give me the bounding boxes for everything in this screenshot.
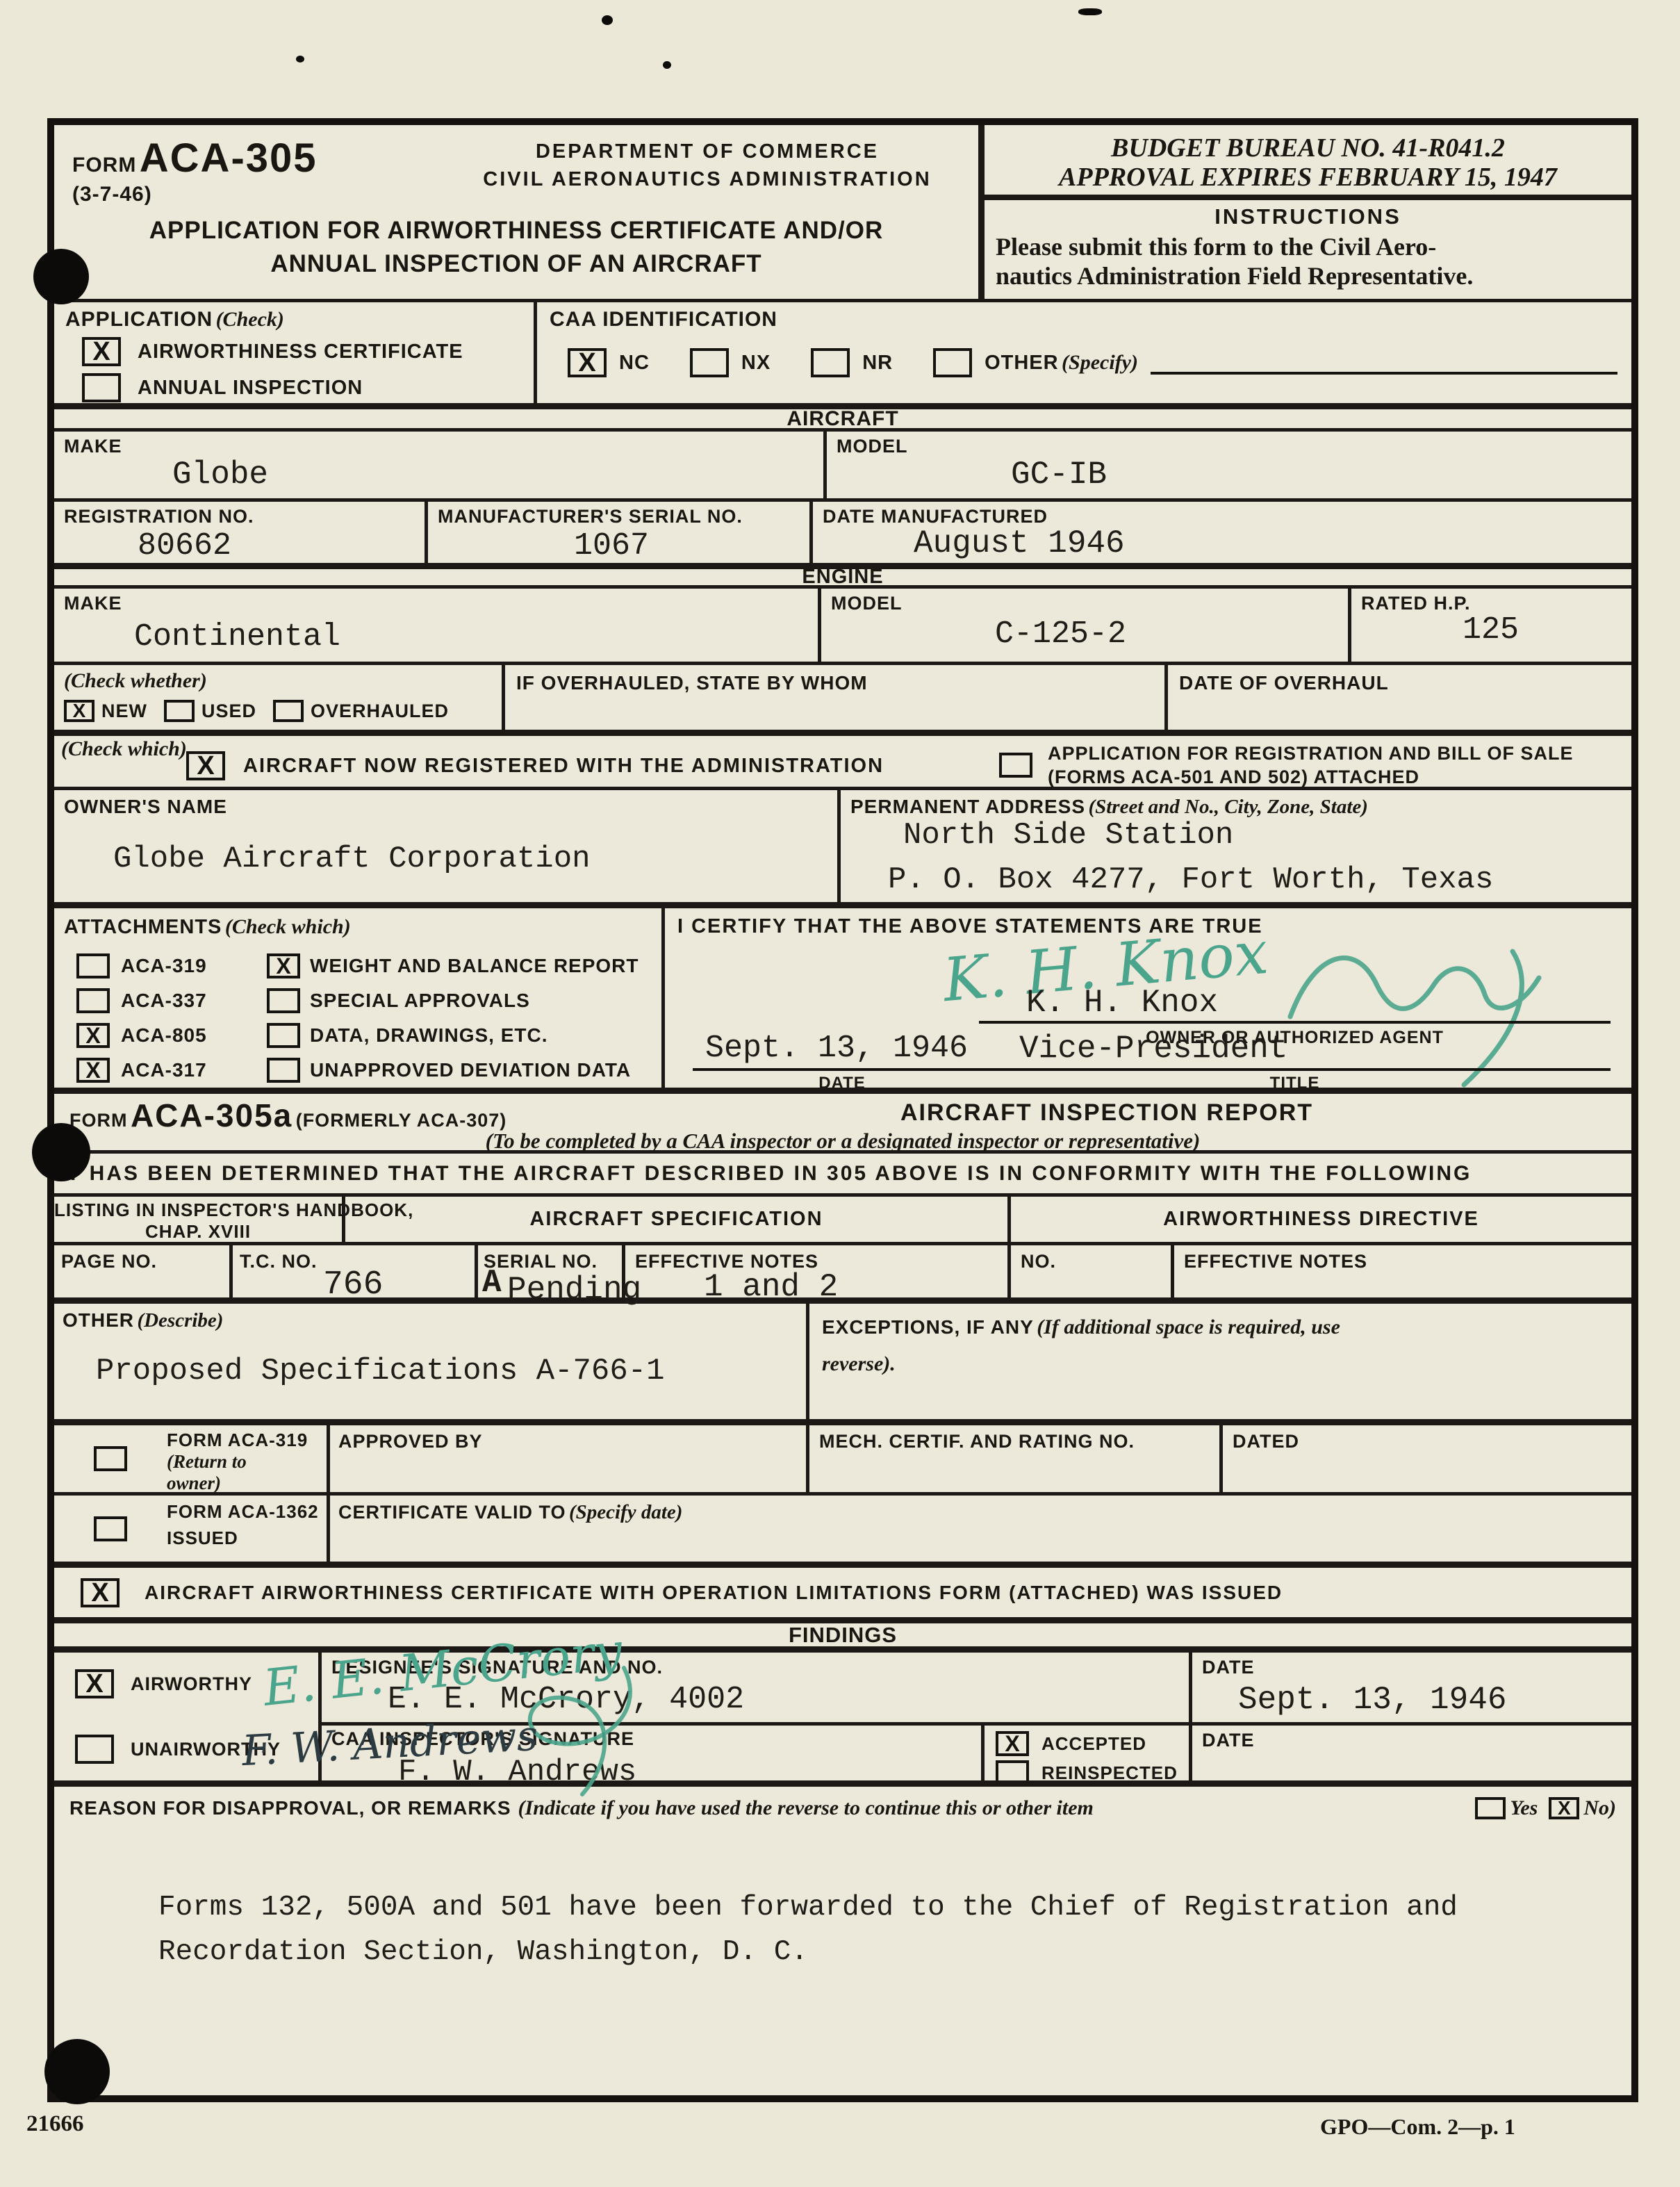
aircraft-model-cell: MODEL GC-IB <box>823 432 1631 498</box>
valid-to-cell: CERTIFICATE VALID TO (Specify date) <box>327 1496 1631 1562</box>
aca-805-checkbox[interactable]: X <box>76 1023 110 1048</box>
aircraft-make-model-row: MAKE Globe MODEL GC-IB <box>54 428 1631 498</box>
attachments-row-1: ACA-319 X WEIGHT AND BALANCE REPORT <box>76 949 654 983</box>
aca319-row: FORM ACA-319 (Return to owner) APPROVED … <box>54 1419 1631 1492</box>
inspector-signature-cell: CAA INSPECTOR'S SIGNATURE F. W. Andrews <box>318 1726 981 1780</box>
instructions-text: Please submit this form to the Civil Aer… <box>985 232 1631 290</box>
owner-row: OWNER'S NAME Globe Aircraft Corporation … <box>54 787 1631 902</box>
scanned-document-page: { "colors": { "paper": "#ece8d8", "print… <box>0 0 1680 2187</box>
owner-address-line2: P. O. Box 4277, Fort Worth, Texas <box>888 862 1493 897</box>
owner-name-value: Globe Aircraft Corporation <box>113 842 591 876</box>
findings-verdict-cell: X AIRWORTHY UNAIRWORTHY <box>54 1653 318 1780</box>
engine-model-cell: MODEL C-125-2 <box>818 589 1348 662</box>
registration-status-cell: (Check which) X AIRCRAFT NOW REGISTERED … <box>54 736 1631 787</box>
owner-address-label-line: PERMANENT ADDRESS (Street and No., City,… <box>850 796 1368 819</box>
airworthy-label: AIRWORTHY <box>131 1673 252 1695</box>
footer-gpo: GPO—Com. 2—p. 1 <box>1320 2114 1515 2140</box>
hole-punch-middle <box>32 1123 90 1181</box>
certificate-issued-row: X AIRCRAFT AIRWORTHINESS CERTIFICATE WIT… <box>54 1562 1631 1617</box>
application-label: APPLICATION <box>65 308 213 331</box>
inspection-title-row: FORM ACA-305a (FORMERLY ACA-307) AIRCRAF… <box>54 1088 1631 1150</box>
aircraft-make-label: MAKE <box>64 436 122 457</box>
hole-punch-bottom <box>44 2039 110 2104</box>
aca319-checkbox-cell <box>54 1425 167 1492</box>
directive-no-cell: NO. <box>1007 1245 1171 1297</box>
aircraft-make-cell: MAKE Globe <box>54 432 823 498</box>
tc-no-label: T.C. NO. <box>240 1251 318 1272</box>
owner-address-label: PERMANENT ADDRESS <box>850 796 1085 817</box>
designee-date-value: Sept. 13, 1946 <box>1238 1682 1506 1718</box>
engine-new-label: NEW <box>101 701 147 722</box>
nc-checkbox[interactable]: X <box>568 348 607 377</box>
other-cell: OTHER (Describe) Proposed Specifications… <box>54 1304 806 1419</box>
check-whether-note: (Check whether) <box>64 669 207 693</box>
designee-date-cell: DATE Sept. 13, 1946 <box>1189 1653 1631 1722</box>
bill-of-sale-line1: APPLICATION FOR REGISTRATION AND BILL OF… <box>1048 742 1574 765</box>
engine-used-checkbox[interactable] <box>164 700 195 722</box>
other-value: Proposed Specifications A-766-1 <box>96 1354 665 1389</box>
date-manufactured-cell: DATE MANUFACTURED August 1946 <box>809 502 1631 563</box>
engine-section-bar: ENGINE <box>54 563 1631 585</box>
spec-serial-value: A <box>482 1265 502 1301</box>
inspection-title-cell: FORM ACA-305a (FORMERLY ACA-307) AIRCRAF… <box>54 1094 1631 1150</box>
form-number: ACA-305 <box>140 136 318 181</box>
application-row: APPLICATION (Check) X AIRWORTHINESS CERT… <box>54 299 1631 403</box>
engine-model-value: C-125-2 <box>995 616 1126 652</box>
remarks-body-line1: Forms 132, 500A and 501 have been forwar… <box>158 1885 1631 1930</box>
overhauled-by-label: IF OVERHAULED, STATE BY WHOM <box>516 672 868 694</box>
designee-signature-typed: E. E. McCrory, 4002 <box>388 1682 744 1717</box>
hole-punch-top <box>33 249 89 304</box>
form-title-block: APPLICATION FOR AIRWORTHINESS CERTIFICAT… <box>54 214 978 281</box>
scan-speck-4 <box>1078 8 1102 15</box>
certify-title-value: Vice-President <box>1019 1031 1287 1067</box>
certify-date-line[interactable] <box>693 1068 991 1071</box>
remarks-no-checkbox[interactable]: X <box>1549 1797 1579 1819</box>
listing-values-row: PAGE NO. T.C. NO. 766 SERIAL NO. A EFFEC… <box>54 1242 1631 1297</box>
inspector-date-cell: DATE <box>1189 1726 1631 1780</box>
date-manufactured-value: August 1946 <box>914 525 1125 562</box>
approved-by-label: APPROVED BY <box>338 1431 483 1452</box>
other-label-note: (Describe) <box>137 1309 223 1332</box>
form-title-line1: APPLICATION FOR AIRWORTHINESS CERTIFICAT… <box>54 214 978 247</box>
owner-signature-line[interactable] <box>979 1021 1611 1024</box>
accepted-label: ACCEPTED <box>1041 1733 1146 1755</box>
department-block: DEPARTMENT OF COMMERCE CIVIL AERONAUTICS… <box>443 138 971 193</box>
designee-signature-cell: DESIGNEE'S SIGNATURE AND NO. E. E. McCro… <box>318 1653 1189 1722</box>
remarks-yes-label: Yes <box>1510 1796 1538 1820</box>
engine-make-cell: MAKE Continental <box>54 589 818 662</box>
unairworthy-label: UNAIRWORTHY <box>131 1739 281 1760</box>
serial-no-cell: MANUFACTURER'S SERIAL NO. 1067 <box>425 502 809 563</box>
header-right-cell: BUDGET BUREAU NO. 41-R041.2 APPROVAL EXP… <box>978 125 1631 299</box>
aircraft-registration-row: REGISTRATION NO. 80662 MANUFACTURER'S SE… <box>54 498 1631 563</box>
aca-317-label: ACA-317 <box>121 1059 267 1081</box>
engine-make-label: MAKE <box>64 593 122 614</box>
other-id-label-line: OTHER (Specify) <box>985 351 1138 375</box>
owner-address-cell: PERMANENT ADDRESS (Street and No., City,… <box>837 790 1631 902</box>
aca1362-checkbox-cell <box>54 1496 167 1562</box>
certification-cell: I CERTIFY THAT THE ABOVE STATEMENTS ARE … <box>661 908 1631 1088</box>
attachments-cell: ATTACHMENTS (Check which) ACA-319 X WEIG… <box>54 908 661 1088</box>
annual-inspection-option: ANNUAL INSPECTION <box>82 373 363 402</box>
special-approvals-checkbox[interactable] <box>267 988 300 1013</box>
handbook-header-cell: LISTING IN INSPECTOR'S HANDBOOK, CHAP. X… <box>54 1197 342 1242</box>
form-revision: (3-7-46) <box>72 183 318 206</box>
other-label-line: OTHER (Describe) <box>63 1309 223 1332</box>
determination-cell: T HAS BEEN DETERMINED THAT THE AIRCRAFT … <box>54 1154 1631 1193</box>
remarks-label-line: REASON FOR DISAPPROVAL, OR REMARKS (Indi… <box>54 1787 1631 1830</box>
bill-of-sale-checkbox[interactable] <box>999 753 1032 778</box>
data-drawings-label: DATA, DRAWINGS, ETC. <box>310 1024 548 1047</box>
unairworthy-option: UNAIRWORTHY <box>75 1735 281 1764</box>
owner-signature-flourish <box>1276 919 1638 1089</box>
owner-address-label-note: (Street and No., City, Zone, State) <box>1088 796 1368 818</box>
exceptions-label: EXCEPTIONS, IF ANY <box>822 1316 1034 1338</box>
annual-inspection-checkbox[interactable] <box>82 373 121 402</box>
attachments-label: ATTACHMENTS <box>64 916 222 938</box>
unairworthy-checkbox[interactable] <box>75 1735 114 1764</box>
directive-notes-label: EFFECTIVE NOTES <box>1184 1251 1367 1272</box>
engine-overhauled-checkbox[interactable] <box>273 700 304 722</box>
determination-row: T HAS BEEN DETERMINED THAT THE AIRCRAFT … <box>54 1150 1631 1193</box>
engine-make-value: Continental <box>134 619 340 655</box>
annual-inspection-label: ANNUAL INSPECTION <box>138 377 363 400</box>
dated-label: DATED <box>1233 1431 1299 1452</box>
serial-no-label: MANUFACTURER'S SERIAL NO. <box>438 506 743 527</box>
caa-identification-cell: CAA IDENTIFICATION X NC NX NR OTHER (Spe… <box>534 302 1631 403</box>
directive-header-cell: AIRWORTHINESS DIRECTIVE <box>1007 1197 1631 1242</box>
page-no-cell: PAGE NO. <box>54 1245 229 1297</box>
other-id-checkbox[interactable] <box>933 348 972 377</box>
exceptions-note-line1: (If additional space is required, use <box>1037 1316 1340 1338</box>
certify-title-line[interactable] <box>979 1068 1611 1071</box>
caa-identification-options: X NC NX NR OTHER (Specify) <box>568 348 1617 377</box>
form-number-block: FORM ACA-305 (3-7-46) <box>72 135 318 206</box>
other-exceptions-row: OTHER (Describe) Proposed Specifications… <box>54 1297 1631 1419</box>
nr-label: NR <box>862 352 893 375</box>
owner-name-label: OWNER'S NAME <box>64 796 227 818</box>
rated-hp-value: 125 <box>1463 612 1519 648</box>
data-drawings-checkbox[interactable] <box>267 1023 300 1048</box>
overhauled-by-cell: IF OVERHAULED, STATE BY WHOM <box>502 665 1164 730</box>
mech-certif-label: MECH. CERTIF. AND RATING NO. <box>819 1431 1135 1452</box>
findings-body: X AIRWORTHY UNAIRWORTHY DESIGNEE'S SIGNA… <box>54 1646 1631 1780</box>
inspection-formerly: (FORMERLY ACA-307) <box>296 1110 507 1131</box>
engine-make-model-row: MAKE Continental MODEL C-125-2 RATED H.P… <box>54 585 1631 662</box>
registration-no-cell: REGISTRATION NO. 80662 <box>54 502 425 563</box>
attachments-grid: ACA-319 X WEIGHT AND BALANCE REPORT ACA-… <box>76 949 654 1088</box>
certificate-issued-label: AIRCRAFT AIRWORTHINESS CERTIFICATE WITH … <box>145 1582 1283 1604</box>
nr-checkbox[interactable] <box>811 348 850 377</box>
footer-serial: 21666 <box>26 2111 84 2137</box>
rated-hp-cell: RATED H.P. 125 <box>1348 589 1631 662</box>
engine-new-checkbox[interactable]: X <box>64 700 94 722</box>
department-line1: DEPARTMENT OF COMMERCE <box>443 138 971 165</box>
check-whether-cell: (Check whether) X NEW USED OVERHAULED <box>54 665 502 730</box>
budget-line1: BUDGET BUREAU NO. 41-R041.2 <box>985 133 1631 163</box>
aircraft-section-bar: AIRCRAFT <box>54 403 1631 428</box>
dated-cell: DATED <box>1219 1425 1631 1492</box>
attachments-certify-row: ATTACHMENTS (Check which) ACA-319 X WEIG… <box>54 902 1631 1088</box>
accepted-checkbox[interactable]: X <box>996 1731 1029 1756</box>
form-word: FORM <box>72 154 136 177</box>
owner-name-cell: OWNER'S NAME Globe Aircraft Corporation <box>54 790 837 902</box>
engine-condition-options: X NEW USED OVERHAULED <box>64 700 449 722</box>
valid-to-label-line: CERTIFICATE VALID TO (Specify date) <box>338 1501 682 1524</box>
budget-line2: APPROVAL EXPIRES FEBRUARY 15, 1947 <box>985 163 1631 192</box>
aca1362-label: FORM ACA-1362 <box>167 1501 327 1523</box>
approved-by-cell: APPROVED BY <box>327 1425 806 1492</box>
scan-speck-3 <box>663 61 671 69</box>
attachments-row-4: X ACA-317 UNAPPROVED DEVIATION DATA <box>76 1053 654 1088</box>
registration-no-value: 80662 <box>138 528 231 564</box>
weight-balance-label: WEIGHT AND BALANCE REPORT <box>310 955 639 977</box>
unapproved-deviation-checkbox[interactable] <box>267 1058 300 1083</box>
aca319-label-cell: FORM ACA-319 (Return to owner) <box>167 1425 327 1492</box>
exceptions-note-line2: reverse). <box>822 1352 896 1375</box>
nc-label: NC <box>619 352 650 375</box>
certificate-issued-checkbox[interactable]: X <box>81 1578 120 1607</box>
aca-337-checkbox[interactable] <box>76 988 110 1013</box>
application-label-note: (Check) <box>216 308 284 331</box>
form-title-line2: ANNUAL INSPECTION OF AN AIRCRAFT <box>54 247 978 281</box>
registered-checkbox[interactable]: X <box>186 751 225 780</box>
accepted-cell: X ACCEPTED REINSPECTED <box>981 1726 1189 1780</box>
aca319-note-line2: owner) <box>167 1473 327 1494</box>
aca319-label: FORM ACA-319 <box>167 1430 327 1451</box>
valid-to-note: (Specify date) <box>569 1501 682 1523</box>
handbook-label-line2: CHAP. XVIII <box>54 1221 342 1243</box>
remarks-yes-checkbox[interactable] <box>1475 1797 1506 1819</box>
remarks-no-label: No) <box>1583 1796 1616 1820</box>
check-which-note: (Check which) <box>61 737 187 761</box>
certify-statement: I CERTIFY THAT THE ABOVE STATEMENTS ARE … <box>677 915 1263 938</box>
exceptions-cell: EXCEPTIONS, IF ANY (If additional space … <box>806 1304 1631 1419</box>
aca1362-label-line2: ISSUED <box>167 1523 327 1553</box>
instructions-line1: Please submit this form to the Civil Aer… <box>996 232 1631 261</box>
determination-text: T HAS BEEN DETERMINED THAT THE AIRCRAFT … <box>67 1162 1472 1186</box>
bill-of-sale-label: APPLICATION FOR REGISTRATION AND BILL OF… <box>1048 742 1574 789</box>
spec-header-cell: AIRCRAFT SPECIFICATION <box>342 1197 1007 1242</box>
findings-title: FINDINGS <box>789 1623 897 1648</box>
weight-balance-checkbox[interactable]: X <box>267 953 300 978</box>
exceptions-label-block: EXCEPTIONS, IF ANY (If additional space … <box>809 1304 1631 1391</box>
remarks-label-note: (Indicate if you have used the reverse t… <box>518 1796 1094 1820</box>
registered-label: AIRCRAFT NOW REGISTERED WITH THE ADMINIS… <box>243 755 884 778</box>
inspector-signature-label: CAA INSPECTOR'S SIGNATURE <box>331 1728 634 1750</box>
other-id-label: OTHER <box>985 352 1059 374</box>
airworthy-checkbox[interactable]: X <box>75 1669 114 1698</box>
remarks-body: Forms 132, 500A and 501 have been forwar… <box>54 1830 1631 1974</box>
bill-of-sale-option: APPLICATION FOR REGISTRATION AND BILL OF… <box>999 742 1574 789</box>
aca1362-label-cell: FORM ACA-1362 ISSUED <box>167 1496 327 1562</box>
remarks-label: REASON FOR DISAPPROVAL, OR REMARKS <box>69 1797 511 1819</box>
aircraft-make-value: Globe <box>172 457 268 493</box>
engine-condition-row: (Check whether) X NEW USED OVERHAULED IF… <box>54 662 1631 730</box>
application-cell: APPLICATION (Check) X AIRWORTHINESS CERT… <box>54 302 534 403</box>
aircraft-model-label: MODEL <box>837 436 908 457</box>
registration-status-row: (Check which) X AIRCRAFT NOW REGISTERED … <box>54 730 1631 787</box>
page-no-label: PAGE NO. <box>61 1251 157 1272</box>
aca-319-checkbox[interactable] <box>76 953 110 978</box>
attachments-row-2: ACA-337 SPECIAL APPROVALS <box>76 983 654 1018</box>
airworthy-option: X AIRWORTHY <box>75 1669 252 1698</box>
aca-319-label: ACA-319 <box>121 955 267 977</box>
aca-317-checkbox[interactable]: X <box>76 1058 110 1083</box>
aircraft-model-value: GC-IB <box>1011 457 1107 493</box>
certificate-issued-cell: X AIRCRAFT AIRWORTHINESS CERTIFICATE WIT… <box>54 1568 1631 1617</box>
aca319-note-line1: (Return to <box>167 1451 327 1473</box>
special-approvals-label: SPECIAL APPROVALS <box>310 990 530 1012</box>
budget-bureau-block: BUDGET BUREAU NO. 41-R041.2 APPROVAL EXP… <box>985 125 1631 200</box>
airworthiness-certificate-checkbox[interactable]: X <box>82 337 121 366</box>
valid-to-label: CERTIFICATE VALID TO <box>338 1502 566 1523</box>
accepted-option: X ACCEPTED <box>996 1731 1146 1756</box>
remarks-section: REASON FOR DISAPPROVAL, OR REMARKS (Indi… <box>54 1780 1631 2109</box>
header-row: FORM ACA-305 (3-7-46) DEPARTMENT OF COMM… <box>54 125 1631 299</box>
effective-notes-value: 1 and 2 <box>704 1269 838 1305</box>
certify-date-value: Sept. 13, 1946 <box>705 1031 968 1066</box>
attachments-label-line: ATTACHMENTS (Check which) <box>64 915 351 939</box>
application-label-line: APPLICATION (Check) <box>65 308 284 331</box>
rated-hp-label: RATED H.P. <box>1361 593 1471 614</box>
inspector-row: CAA INSPECTOR'S SIGNATURE F. W. Andrews … <box>318 1722 1631 1780</box>
scan-speck-1 <box>296 56 304 63</box>
other-label: OTHER <box>63 1309 134 1331</box>
owner-address-line1: North Side Station <box>903 818 1233 853</box>
findings-right-block: DESIGNEE'S SIGNATURE AND NO. E. E. McCro… <box>318 1653 1631 1780</box>
directive-no-label: NO. <box>1021 1251 1056 1272</box>
aca1362-row: FORM ACA-1362 ISSUED CERTIFICATE VALID T… <box>54 1492 1631 1562</box>
unapproved-deviation-label: UNAPPROVED DEVIATION DATA <box>310 1059 631 1081</box>
department-line2: CIVIL AERONAUTICS ADMINISTRATION <box>443 165 971 193</box>
handbook-label-line1: LISTING IN INSPECTOR'S HANDBOOK, <box>54 1199 342 1221</box>
spec-header: AIRCRAFT SPECIFICATION <box>529 1208 823 1231</box>
form-aca-305: FORM ACA-305 (3-7-46) DEPARTMENT OF COMM… <box>47 118 1638 2102</box>
inspection-title: AIRCRAFT INSPECTION REPORT <box>582 1099 1631 1127</box>
designee-row: DESIGNEE'S SIGNATURE AND NO. E. E. McCro… <box>318 1653 1631 1722</box>
overhaul-date-label: DATE OF OVERHAUL <box>1179 672 1389 694</box>
designee-date-label: DATE <box>1202 1657 1255 1678</box>
aircraft-section-title: AIRCRAFT <box>787 407 898 431</box>
registered-option: X AIRCRAFT NOW REGISTERED WITH THE ADMIN… <box>186 751 884 780</box>
aca-337-label: ACA-337 <box>121 990 267 1012</box>
caa-identification-label: CAA IDENTIFICATION <box>550 308 777 331</box>
airworthiness-certificate-label: AIRWORTHINESS CERTIFICATE <box>138 341 463 363</box>
other-id-label-note: (Specify) <box>1062 351 1138 374</box>
bill-of-sale-line2: (FORMS ACA-501 AND 502) ATTACHED <box>1048 765 1574 789</box>
nx-label: NX <box>741 352 771 375</box>
findings-bar: FINDINGS <box>54 1617 1631 1646</box>
engine-overhauled-label: OVERHAULED <box>311 701 449 722</box>
registration-no-label: REGISTRATION NO. <box>64 506 254 527</box>
nx-checkbox[interactable] <box>690 348 729 377</box>
instructions-line2: nautics Administration Field Representat… <box>996 261 1631 290</box>
owner-signature-typed: K. H. Knox <box>1026 985 1218 1021</box>
directive-notes-cell: EFFECTIVE NOTES <box>1171 1245 1631 1297</box>
other-id-specify-line[interactable] <box>1151 351 1617 375</box>
engine-model-label: MODEL <box>831 593 903 614</box>
inspector-date-label: DATE <box>1202 1730 1255 1751</box>
designee-signature-label: DESIGNEE'S SIGNATURE AND NO. <box>331 1657 663 1678</box>
overhaul-date-cell: DATE OF OVERHAUL <box>1164 665 1631 730</box>
engine-used-label: USED <box>201 701 256 722</box>
remarks-body-line2: Recordation Section, Washington, D. C. <box>158 1930 1631 1974</box>
instructions-title: INSTRUCTIONS <box>985 204 1631 229</box>
airworthiness-certificate-option: X AIRWORTHINESS CERTIFICATE <box>82 337 463 366</box>
mech-certif-cell: MECH. CERTIF. AND RATING NO. <box>806 1425 1219 1492</box>
spec-serial-note: Pending <box>507 1272 641 1308</box>
inspection-form-word: FORM <box>69 1110 127 1131</box>
tc-no-cell: T.C. NO. 766 <box>229 1245 475 1297</box>
attachments-row-3: X ACA-805 DATA, DRAWINGS, ETC. <box>76 1018 654 1053</box>
header-left-cell: FORM ACA-305 (3-7-46) DEPARTMENT OF COMM… <box>54 125 978 299</box>
aca1362-issued-checkbox[interactable] <box>94 1516 127 1541</box>
instructions-block: INSTRUCTIONS Please submit this form to … <box>985 200 1631 290</box>
attachments-label-note: (Check which) <box>225 915 351 938</box>
listing-header-row: LISTING IN INSPECTOR'S HANDBOOK, CHAP. X… <box>54 1193 1631 1242</box>
aca-805-label: ACA-805 <box>121 1024 267 1047</box>
directive-header: AIRWORTHINESS DIRECTIVE <box>1163 1208 1479 1231</box>
scan-speck-2 <box>602 15 613 25</box>
date-manufactured-label: DATE MANUFACTURED <box>823 506 1048 527</box>
aca319-return-checkbox[interactable] <box>94 1446 127 1471</box>
serial-no-value: 1067 <box>574 528 649 564</box>
